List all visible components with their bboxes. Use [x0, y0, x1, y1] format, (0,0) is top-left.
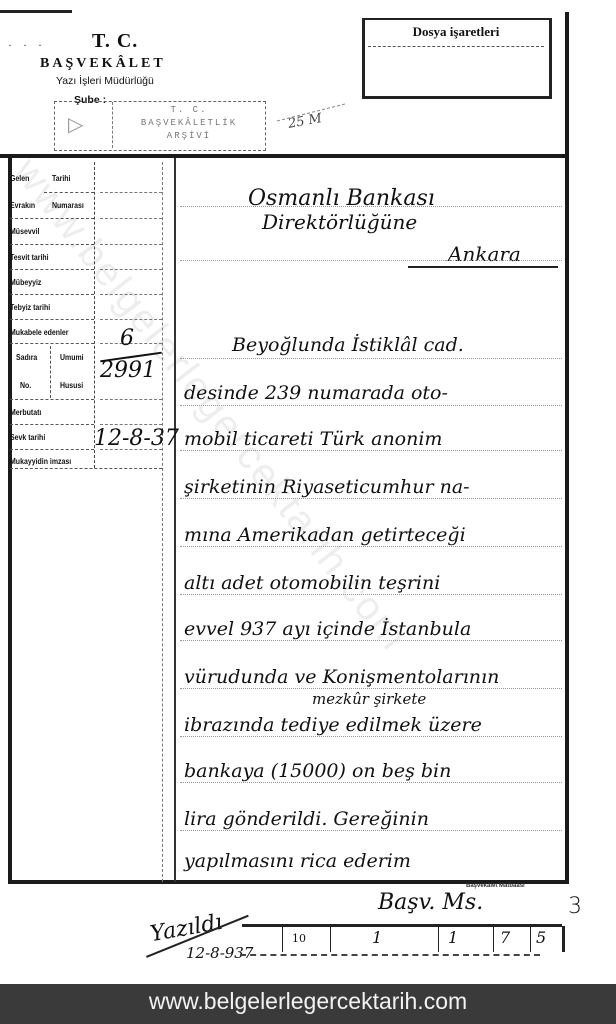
- field-mubeyyiz: Mübeyyiz: [10, 277, 41, 287]
- field-musevvil: Müsevvil: [10, 226, 39, 236]
- divider: [44, 192, 94, 193]
- value-line: [100, 269, 162, 270]
- ruled-line: [180, 358, 562, 359]
- body-line-11: lira gönderildi. Gereğinin: [184, 808, 429, 830]
- field-sadira: Sadıra: [16, 352, 37, 362]
- recipient-line-1: Osmanlı Bankası: [248, 186, 435, 211]
- divider: [10, 269, 94, 270]
- field-evrakin: Evrakın: [10, 200, 35, 210]
- register-cell-divider: [530, 926, 531, 952]
- field-mukayyidin-imzasi: Mukayyidin imzası: [10, 456, 71, 466]
- divider: [10, 244, 94, 245]
- body-line-1: Beyoğlunda İstiklâl cad.: [232, 334, 464, 356]
- file-marks-line: [368, 46, 544, 47]
- ruled-line: [180, 260, 562, 261]
- stamp-line-2: BAŞVEKÂLETLİK: [118, 117, 260, 130]
- header-dots: · · ·: [8, 38, 46, 53]
- ruled-line: [180, 498, 562, 499]
- register-value-4: 7: [500, 928, 510, 947]
- ruled-line: [180, 405, 562, 406]
- hususi-number: 2991: [100, 358, 156, 383]
- divider: [10, 218, 94, 219]
- sevk-date: 12-8-37: [94, 426, 179, 451]
- stamp-line-3: ARŞİVİ: [118, 130, 260, 143]
- body-line-10: bankaya (15000) on beş bin: [184, 760, 451, 782]
- body-line-7: evvel 937 ayı içinde İstanbula: [184, 618, 471, 640]
- field-umumi: Umumi: [60, 352, 84, 362]
- ruled-line: [180, 782, 562, 783]
- divider: [10, 449, 94, 450]
- body-line-6: altı adet otomobilin teşrini: [184, 572, 440, 594]
- divider: [10, 294, 94, 295]
- form-frame-left: [8, 158, 12, 884]
- printer-name: Başvekâlet Matbaası: [466, 883, 525, 889]
- field-mukabele-edenler: Mukabele edenler: [10, 327, 69, 337]
- header-tc: T. C.: [92, 30, 138, 53]
- left-column-border: [174, 158, 176, 882]
- ruled-line: [180, 546, 562, 547]
- field-tarihi: Tarihi: [52, 173, 70, 183]
- register-cell-divider: [330, 926, 331, 952]
- field-numarasi: Numarası: [52, 200, 84, 210]
- body-line-4: şirketinin Riyaseticumhur na-: [184, 476, 470, 498]
- ruled-line: [180, 640, 562, 641]
- stamp-divider: [112, 102, 114, 148]
- recipient-line-2: Direktörlüğüne: [262, 210, 417, 234]
- value-line: [100, 319, 162, 320]
- value-line: [100, 294, 162, 295]
- field-gelen: Gelen: [10, 173, 29, 183]
- divider: [10, 468, 162, 469]
- ruled-line: [180, 206, 562, 207]
- header-ministry: BAŞVEKÂLET: [40, 56, 166, 72]
- divider: [10, 343, 94, 344]
- label-column-border: [94, 162, 96, 468]
- field-hususi: Hususi: [60, 380, 83, 390]
- value-line: [100, 218, 162, 219]
- register-cell-divider: [282, 926, 283, 952]
- ruled-line: [180, 450, 562, 451]
- city-underline: [408, 266, 558, 268]
- stamp-arrow-icon: ▷: [68, 112, 83, 137]
- header-department: Yazı İşleri Müdürlüğü: [56, 75, 154, 87]
- ruled-line: [180, 688, 562, 689]
- field-sevk-tarihi: Sevk tarihi: [10, 432, 45, 442]
- value-line: [100, 244, 162, 245]
- register-date: 12-8-937: [186, 944, 253, 962]
- register-value-1: 10: [292, 932, 306, 945]
- stamp-text: T. C. BAŞVEKÂLETLİK ARŞİVİ: [118, 104, 260, 143]
- umumi-number: 6: [120, 326, 134, 351]
- page-number: 3: [568, 894, 582, 919]
- value-column-border: [162, 162, 164, 882]
- signature: Başv. Ms.: [378, 890, 483, 915]
- body-line-3: mobil ticareti Türk anonim: [184, 428, 442, 450]
- register-cell-divider: [493, 926, 494, 952]
- field-merbutati: Merbutatı: [10, 407, 41, 417]
- value-line: [100, 399, 162, 400]
- value-line: [100, 424, 162, 425]
- interlinear-insert: mezkûr şirkete: [312, 690, 426, 708]
- body-line-8: vürudunda ve Konişmentolarının: [184, 666, 499, 688]
- body-line-5: mına Amerikadan getirteceği: [184, 524, 466, 546]
- divider: [10, 424, 94, 425]
- body-line-2: desinde 239 numarada oto-: [184, 382, 448, 404]
- register-value-5: 5: [536, 928, 546, 947]
- value-line: [100, 192, 162, 193]
- divider: [10, 319, 94, 320]
- register-top-line: [242, 924, 562, 927]
- recipient-city: Ankara: [448, 242, 521, 266]
- field-no: No.: [20, 380, 31, 390]
- register-cell-divider: [438, 926, 439, 952]
- form-frame-right: [565, 12, 569, 884]
- stamp-line-1: T. C.: [118, 104, 260, 117]
- divider: [10, 399, 94, 400]
- body-line-9: ibrazında tediye edilmek üzere: [184, 714, 482, 736]
- field-tebyiz-tarihi: Tebyiz tarihi: [10, 302, 50, 312]
- body-line-12: yapılmasını rica ederim: [184, 850, 411, 872]
- sadira-divider: [50, 346, 51, 398]
- margin-note: 25 M: [287, 111, 323, 132]
- field-tesvit-tarihi: Tesvit tarihi: [10, 252, 49, 262]
- ruled-line: [180, 594, 562, 595]
- ruled-line: [180, 830, 562, 831]
- form-frame-top: [0, 154, 568, 158]
- register-value-3: 1: [448, 928, 458, 947]
- top-edge-bar: [0, 10, 72, 13]
- register-value-2: 1: [372, 928, 382, 947]
- register-bottom-line: [240, 954, 540, 956]
- website-banner-text: www.belgelerlegercektarih.com: [0, 988, 616, 1015]
- ruled-line: [180, 736, 562, 737]
- file-marks-label: Dosya işaretleri: [362, 24, 550, 40]
- register-cell-divider: [562, 926, 565, 952]
